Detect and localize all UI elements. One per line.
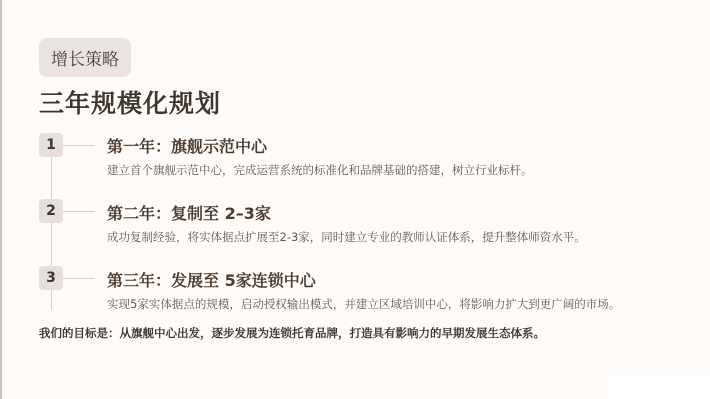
step-1-title: 第一年：旗舰示范中心 [107,134,267,157]
step-2-badge: 2 [39,199,63,223]
step-1-description: 建立首个旗舰示范中心，完成运营系统的标准化和品牌基础的搭建，树立行业标杆。 [107,162,533,178]
step-2-connector [63,211,95,212]
white-patch [607,375,710,399]
step-2-number: 2 [46,203,56,219]
step-2-title: 第二年：复制至 2–3家 [107,201,271,224]
page-title: 三年规模化规划 [39,84,221,120]
goal-statement: 我们的目标是：从旗舰中心出发，逐步发展为连锁托育品牌，打造具有影响力的早期发展生… [39,325,545,341]
step-3-number: 3 [46,270,56,286]
step-1-badge: 1 [39,133,63,157]
step-1-connector [63,145,95,146]
section-tag: 增长策略 [39,38,131,77]
step-3-badge: 3 [39,266,63,290]
step-3-title: 第三年：发展至 5家连锁中心 [107,268,316,291]
step-1-number: 1 [46,137,56,153]
left-border [0,0,2,399]
step-3-connector [63,278,95,279]
section-tag-label: 增长策略 [51,45,119,70]
step-2-description: 成功复制经验，将实体据点扩展至2-3家，同时建立专业的教师认证体系，提升整体师资… [107,229,586,245]
step-3-description: 实现5家实体据点的规模，启动授权输出模式，并建立区域培训中心，将影响力扩大到更广… [107,296,620,312]
